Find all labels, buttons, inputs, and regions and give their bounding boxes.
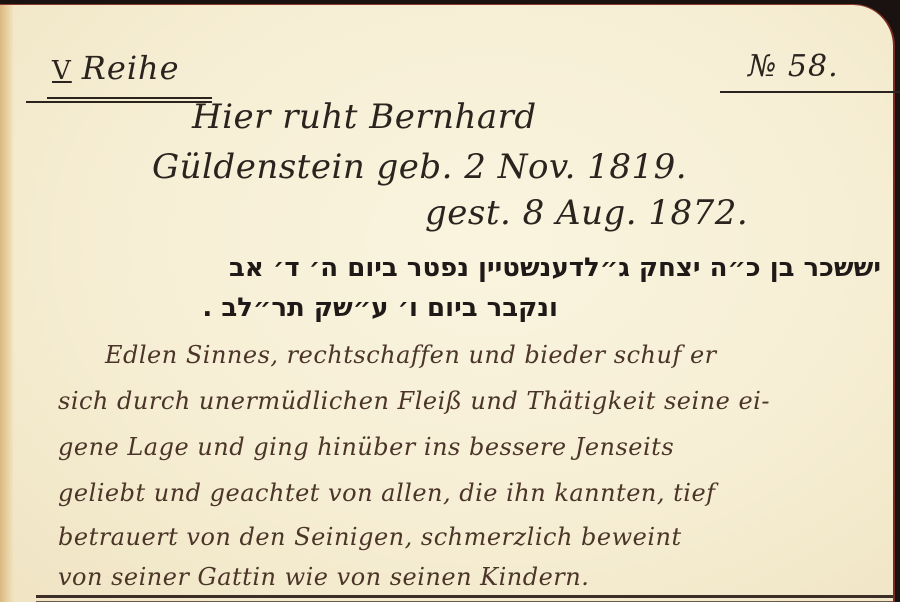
number-underline bbox=[720, 91, 900, 93]
row-label: Reihe bbox=[82, 49, 180, 87]
hebrew-line-2: ונקבר ביום ו׳ ע״שק תר״לב . bbox=[202, 293, 558, 323]
kurrent-line-5: betrauert von den Seinigen, schmerzlich … bbox=[58, 523, 682, 551]
kurrent-line-1: Edlen Sinnes, rechtschaffen und bieder s… bbox=[105, 341, 717, 369]
row-heading: VReihe bbox=[52, 49, 180, 87]
heading-underline bbox=[47, 97, 212, 99]
kurrent-line-2: sich durch unermüdlichen Fleiß und Thäti… bbox=[58, 387, 770, 415]
row-roman-numeral: V bbox=[52, 56, 72, 86]
german-line-1: Hier ruht Bernhard bbox=[192, 97, 537, 137]
register-page: VReihe № 58. Hier ruht Bernhard Güldenst… bbox=[0, 4, 895, 602]
kurrent-line-3: gene Lage und ging hinüber ins bessere J… bbox=[58, 433, 674, 461]
heading-underline-lower bbox=[26, 101, 212, 103]
kurrent-line-6: von seiner Gattin wie von seinen Kindern… bbox=[58, 563, 589, 591]
page-binding-edge bbox=[0, 5, 14, 602]
german-line-3: gest. 8 Aug. 1872. bbox=[425, 193, 748, 233]
entry-number: № 58. bbox=[748, 49, 839, 84]
bottom-double-rule bbox=[36, 595, 893, 598]
kurrent-line-4: geliebt und geachtet von allen, die ihn … bbox=[58, 479, 716, 507]
hebrew-line-1: יששכר בן כ״ה יצחק ג״לדענשטיין נפטר ביום … bbox=[229, 253, 881, 283]
german-line-2: Güldenstein geb. 2 Nov. 1819. bbox=[152, 147, 687, 187]
